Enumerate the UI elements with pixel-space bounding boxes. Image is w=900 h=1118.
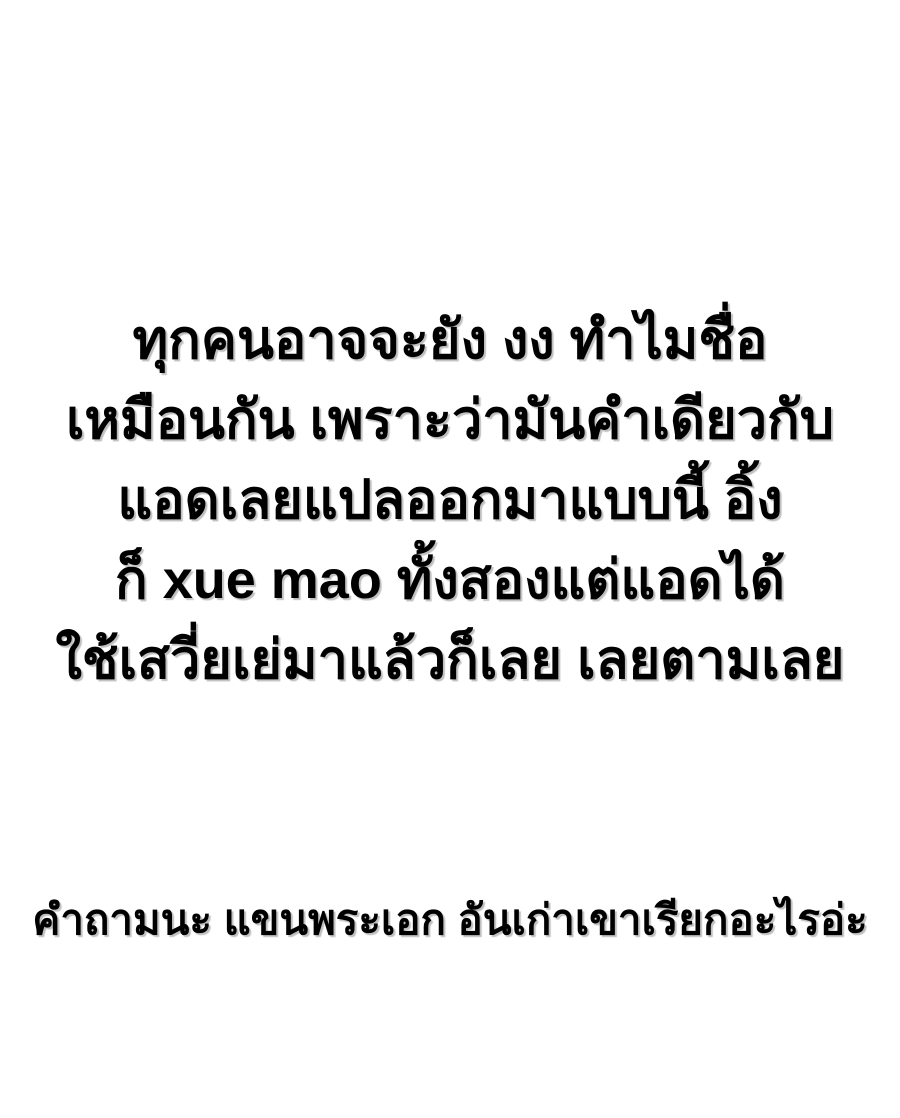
caption-page: ทุกคนอาจจะยัง งง ทำไมชื่อ เหมือนกัน เพรา…: [0, 0, 900, 1118]
caption-line-1: ทุกคนอาจจะยัง งง ทำไมชื่อ: [0, 300, 900, 380]
caption-line-2: เหมือนกัน เพราะว่ามันคำเดียวกับ: [0, 380, 900, 460]
caption-line-4: ก็ xue mao ทั้งสองแต่แอดได้: [0, 540, 900, 620]
caption-line-5: ใช้เสวี่ยเย่มาแล้วก็เลย เลยตามเลย: [0, 620, 900, 700]
main-caption-block: ทุกคนอาจจะยัง งง ทำไมชื่อ เหมือนกัน เพรา…: [0, 300, 900, 700]
caption-line-3: แอดเลยแปลออกมาแบบนี้ อิ้ง: [0, 460, 900, 540]
question-line: คำถามนะ แขนพระเอก อันเก่าเขาเรียกอะไรอ่ะ: [0, 880, 900, 960]
